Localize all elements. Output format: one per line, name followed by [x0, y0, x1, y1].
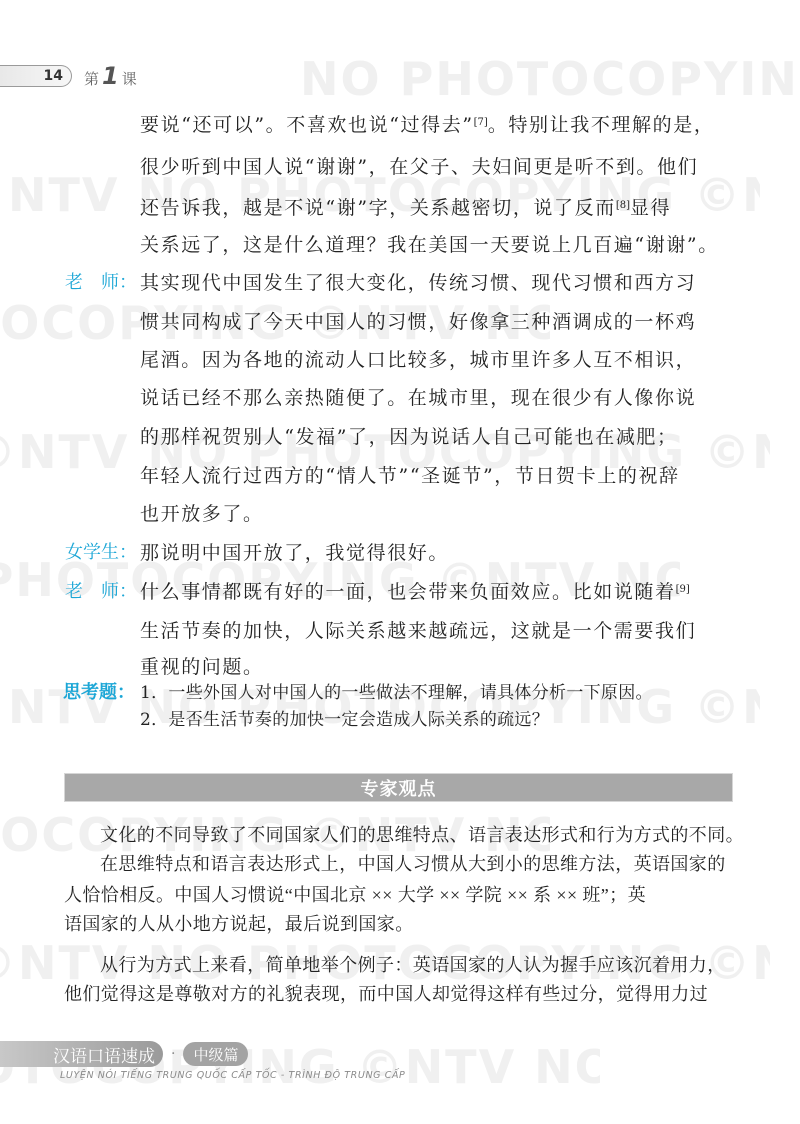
lesson-suffix: 课: [122, 68, 137, 89]
question-item: 2．是否生活节奏的加快一定会造成人际关系的疏远？: [140, 709, 549, 731]
level-badge: 中级篇: [183, 1042, 248, 1066]
lesson-label: 第 1 课: [84, 62, 137, 90]
footnote-ref: [7]: [474, 117, 488, 128]
dialogue-line: 还告诉我，越是不说“谢”字，关系越密切，说了反而[8]显得: [140, 196, 671, 220]
dialogue-line: 关系远了，这是什么道理？我在美国一天要说上几百遍“谢谢”。: [140, 233, 719, 257]
section-title: 专家观点: [361, 775, 437, 801]
dialogue-line: 尾酒。因为各地的流动人口比较多，城市里许多人互不相识，: [140, 348, 696, 372]
question-item: 1．一些外国人对中国人的一些做法不理解，请具体分析一下原因。: [140, 682, 653, 704]
paragraph-line: 语国家的人从小地方说起，最后说到国家。: [64, 913, 414, 935]
dialogue-line: 重视的问题。: [140, 655, 264, 679]
book-subtitle: LUYỆN NÓI TIẾNG TRUNG QUỐC CẤP TỐC - TRÌ…: [60, 1070, 405, 1081]
lesson-number: 1: [102, 62, 119, 90]
footnote-ref: [8]: [616, 200, 630, 211]
paragraph-line: 人恰恰相反。中国人习惯说“中国北京 ×× 大学 ×× 学院 ×× 系 ×× 班”…: [64, 884, 646, 906]
paragraph-line: 在思维特点和语言表达形式上，中国人习惯从大到小的思维方法，英语国家的: [100, 853, 726, 875]
dialogue-line: 那说明中国开放了，我觉得很好。: [140, 541, 449, 565]
dialogue-line: 年轻人流行过西方的“情人节”“圣诞节”，节日贺卡上的祝辞: [140, 464, 680, 488]
page-number-tab: 14: [0, 65, 72, 87]
footnote-ref: [9]: [676, 584, 690, 595]
paragraph-line: 他们觉得这是尊敬对方的礼貌表现，而中国人却觉得这样有些过分，觉得用力过: [64, 983, 708, 1005]
speaker-label-student: 女学生：: [65, 541, 137, 565]
dialogue-line: 其实现代中国发生了很大变化，传统习惯、现代习惯和西方习: [140, 271, 696, 295]
dialogue-line: 也开放多了。: [140, 502, 264, 526]
page-number: 14: [44, 68, 63, 84]
dialogue-line: 说话已经不那么亲热随便了。在城市里，现在很少有人像你说: [140, 386, 696, 410]
dialogue-line: 惯共同构成了今天中国人的习惯，好像拿三种酒调成的一杯鸡: [140, 310, 696, 334]
dialogue-line: 生活节奏的加快，人际关系越来越疏远，这就是一个需要我们: [140, 619, 696, 643]
book-title: 汉语口语速成: [0, 1041, 163, 1067]
paragraph-line: 从行为方式上来看，简单地举个例子：英语国家的人认为握手应该沉着用力，: [100, 954, 726, 976]
page-footer: 汉语口语速成 · 中级篇 LUYỆN NÓI TIẾNG TRUNG QUỐC …: [0, 1041, 405, 1081]
paragraph-line: 文化的不同导致了不同国家人们的思维特点、语言表达形式和行为方式的不同。: [100, 824, 744, 846]
dialogue-line: 的那样祝贺别人“发福”了，因为说话人自己可能也在减肥；: [140, 425, 678, 449]
separator-dot: ·: [171, 1046, 175, 1062]
speaker-label-teacher: 老 师：: [65, 271, 137, 295]
page-header: 14 第 1 课: [0, 62, 137, 90]
dialogue-line: 很少听到中国人说“谢谢”，在父子、夫妇间更是听不到。他们: [140, 155, 698, 179]
speaker-label-teacher: 老 师：: [65, 580, 137, 604]
lesson-prefix: 第: [84, 68, 99, 89]
watermark: NO PHOTOCOPYING ©NTV NO PHOTOCOPYING ©NT…: [300, 52, 800, 106]
questions-label: 思考题：: [63, 681, 135, 705]
dialogue-line: 什么事情都既有好的一面，也会带来负面效应。比如说随着[9]: [140, 580, 690, 604]
section-header-expert-views: 专家观点: [64, 773, 733, 802]
dialogue-line: 要说“还可以”。不喜欢也说“过得去”[7]。特别让我不理解的是，: [140, 113, 714, 137]
